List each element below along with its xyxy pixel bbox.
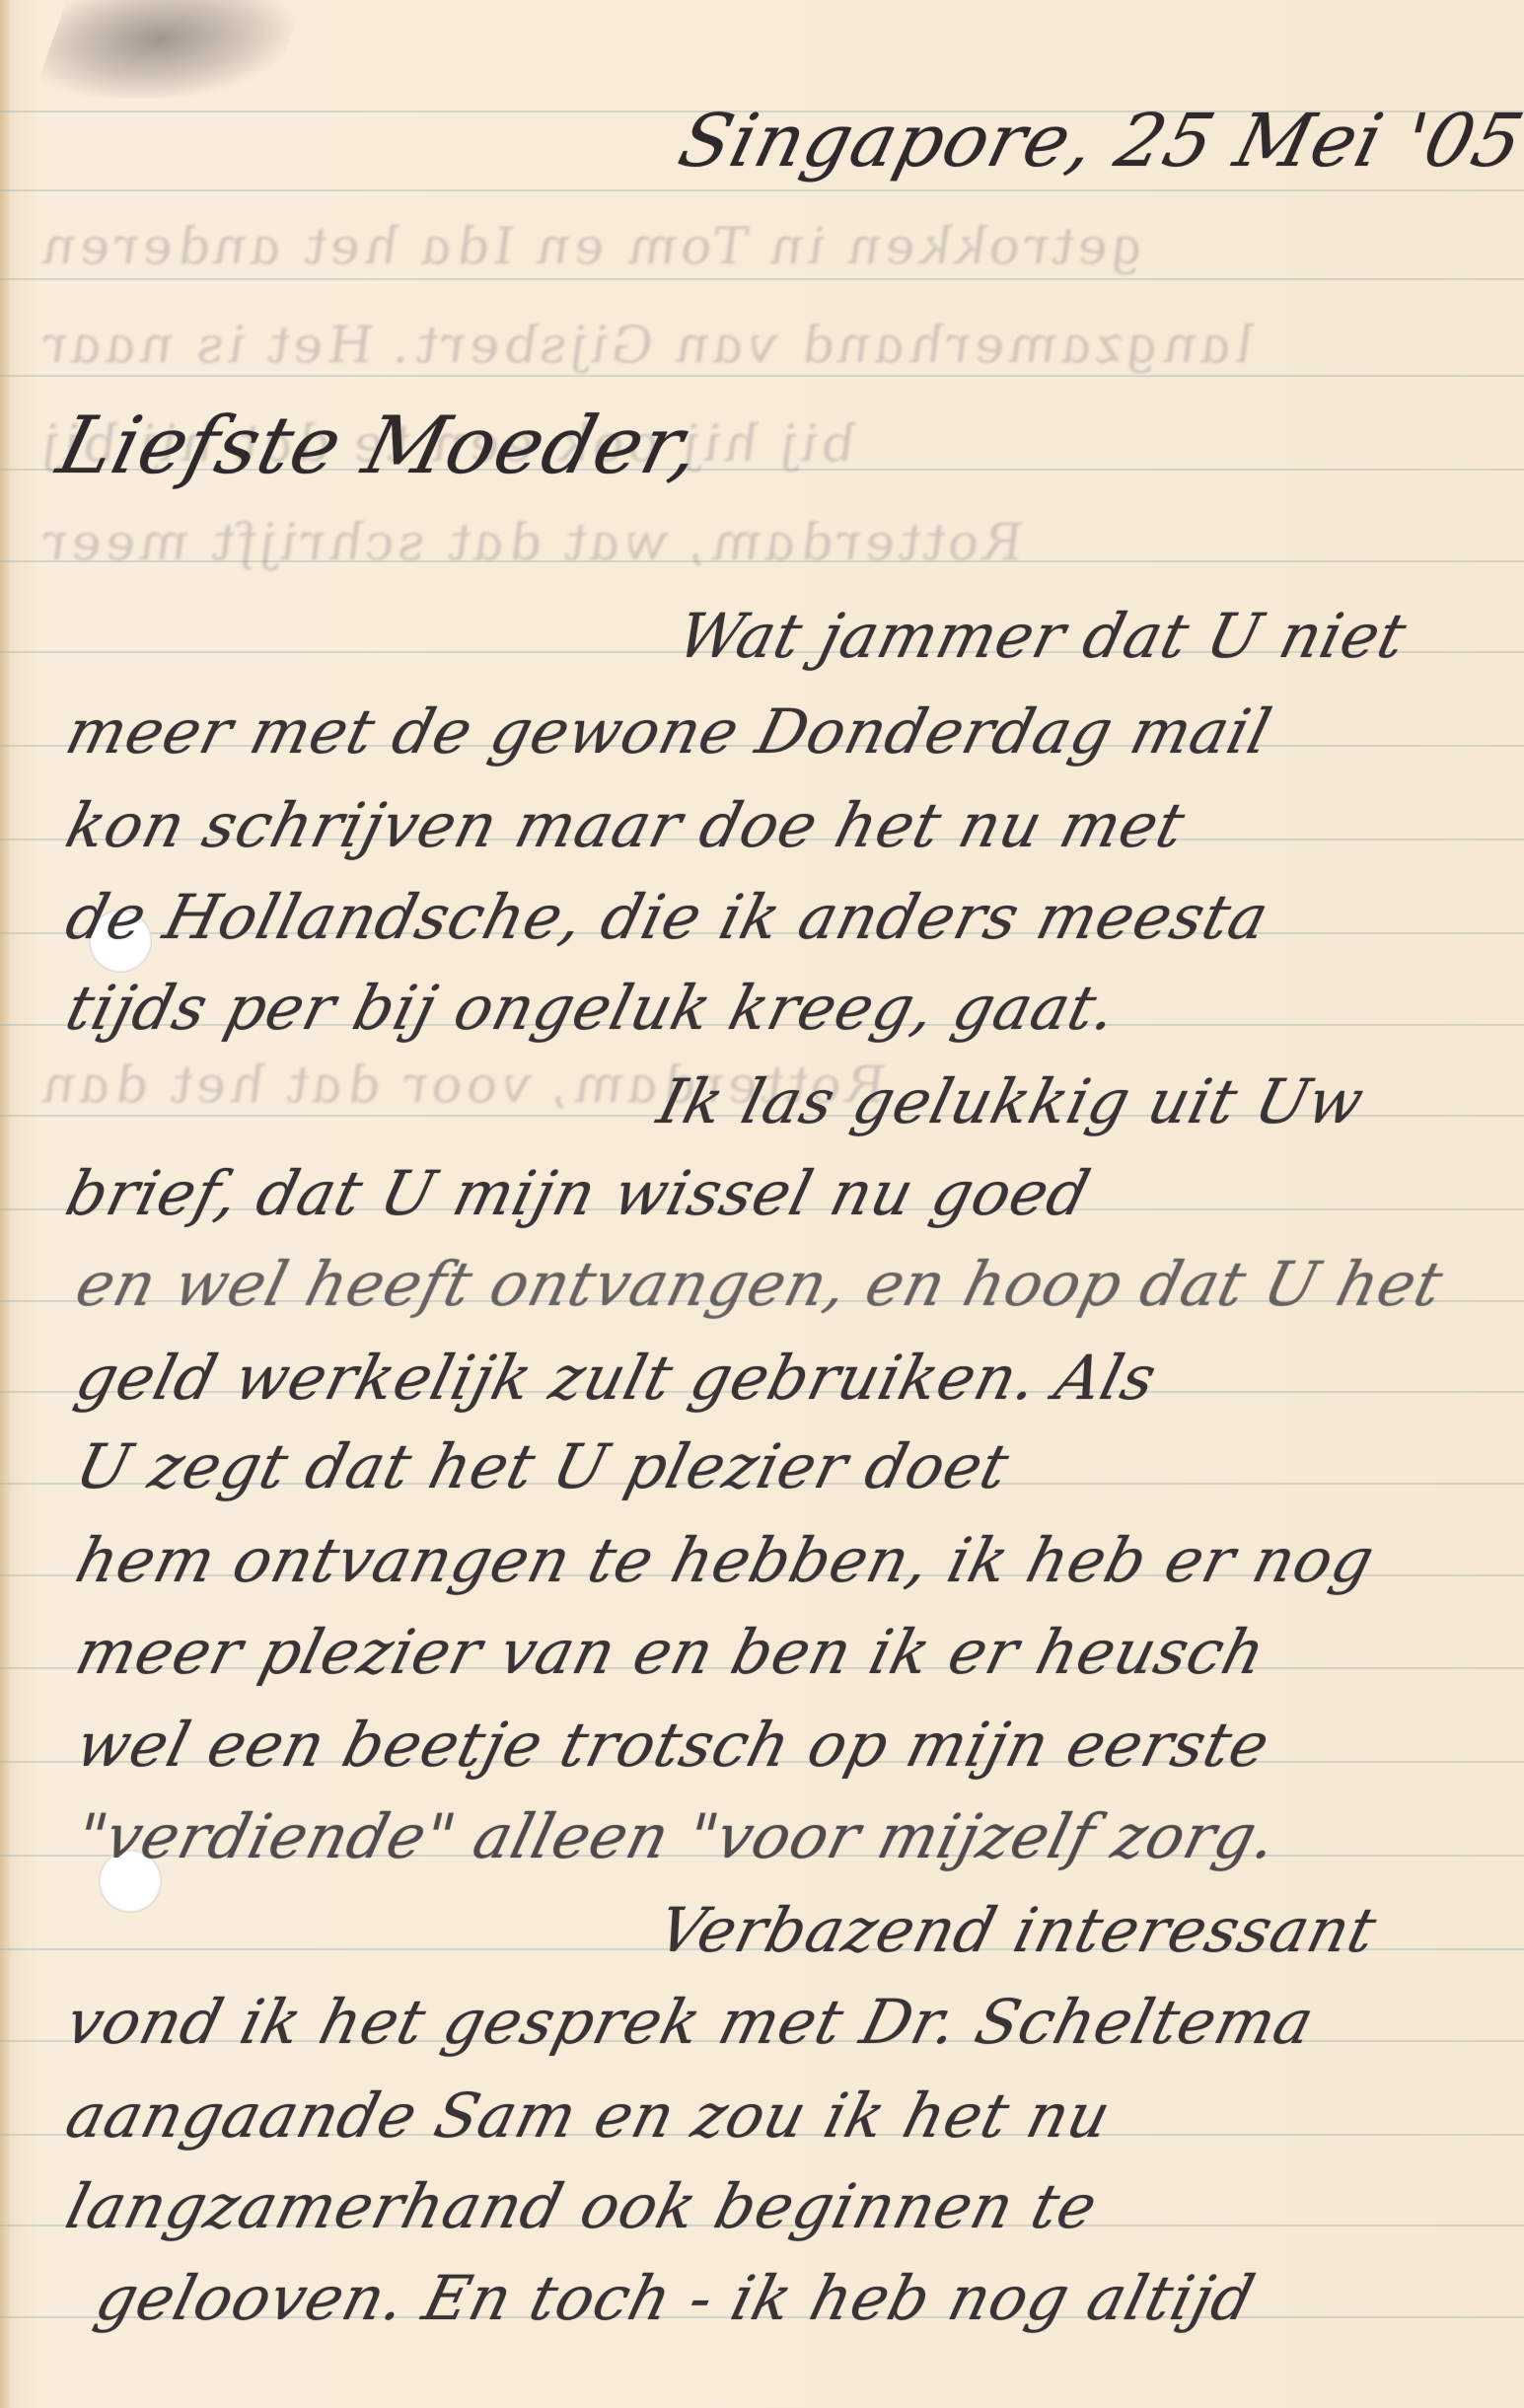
letter-line: Verbazend interessant <box>651 1894 1384 1966</box>
ruled-line <box>0 375 1524 377</box>
letter-line: U zegt dat het U plezier doet <box>69 1430 1017 1502</box>
letter-line: "verdiende" alleen "voor mijzelf zorg. <box>69 1800 1285 1872</box>
ruled-line <box>0 278 1524 280</box>
bleed-through-text: Rotterdam, wat dat schrijft meer <box>30 513 1474 572</box>
letter-line: brief, dat U mijn wissel nu goed <box>59 1157 1098 1229</box>
bleed-through-text: getrokken in Tom en Ida het anderen <box>30 217 1474 276</box>
letter-line: meer met de gewone Donderdag mail <box>59 695 1278 767</box>
letter-line: vond ik het gesprek met Dr. Scheltema <box>59 1986 1322 2058</box>
letter-salutation: Liefste Moeder, <box>49 400 711 491</box>
letter-line: gelooven. En toch - ik heb nog altijd <box>89 2262 1263 2334</box>
paper-edge <box>0 0 10 2408</box>
letter-line: Wat jammer dat U niet <box>671 600 1415 672</box>
ruled-line <box>0 189 1524 191</box>
letter-line: de Hollandsche, die ik anders meesta <box>59 881 1276 953</box>
ink-smudge <box>32 0 304 99</box>
letter-line-faint: en wel heeft ontvangen, en hoop dat U he… <box>69 1248 1451 1320</box>
letter-line: langzamerhand ook beginnen te <box>59 2170 1105 2242</box>
letter-line: Ik las gelukkig uit Uw <box>651 1065 1371 1137</box>
letter-dateline: Singapore, 25 Mei '05 <box>671 99 1524 183</box>
letter-line: meer plezier van en ben ik er heusch <box>69 1616 1273 1688</box>
letter-line: geld werkelijk zult gebruiken. Als <box>69 1342 1164 1414</box>
letter-line: hem ontvangen te hebben, ik heb er nog <box>69 1524 1382 1596</box>
letter-line: wel een beetje trotsch op mijn eerste <box>69 1709 1277 1781</box>
letter-page: getrokken in Tom en Ida het anderen lang… <box>0 0 1524 2408</box>
letter-line: kon schrijven maar doe het nu met <box>59 789 1193 861</box>
letter-line: aangaande Sam en zou ik het nu <box>59 2080 1119 2152</box>
letter-line: tijds per bij ongeluk kreeg, gaat. <box>59 972 1125 1044</box>
bleed-through-text: langzamerhand van Gijsbert. Het is naar <box>30 316 1474 375</box>
